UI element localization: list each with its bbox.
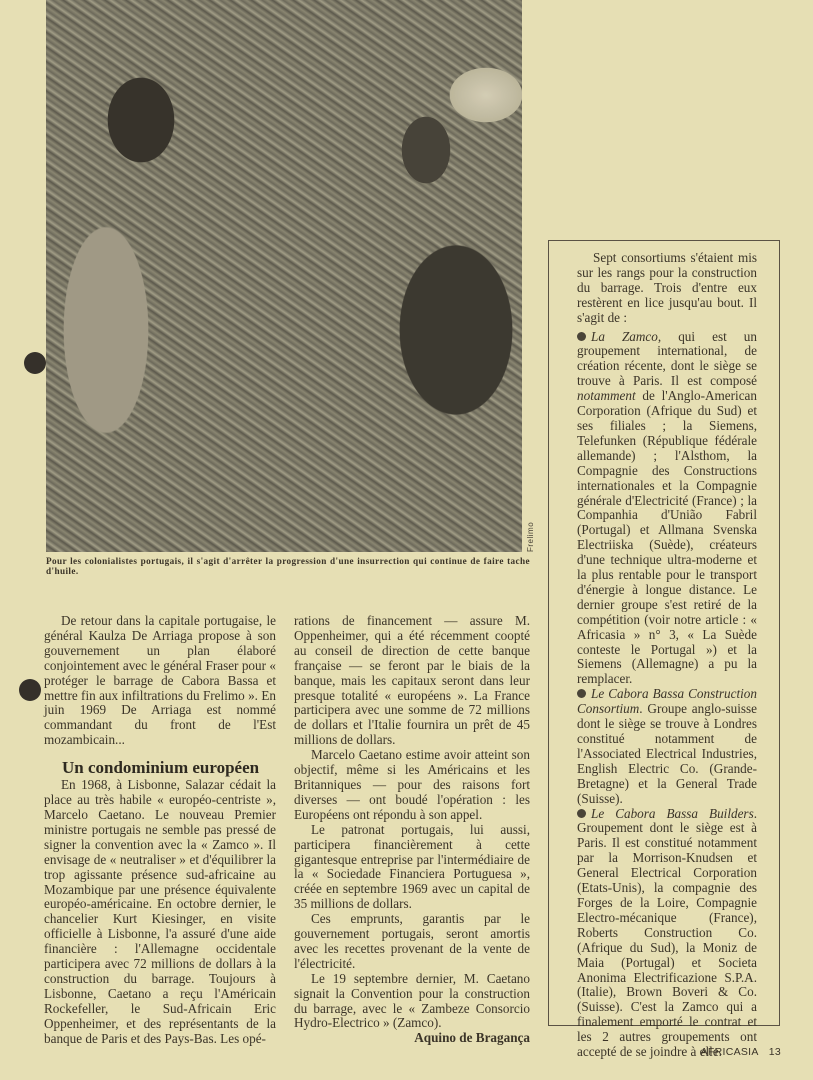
- photo-caption: Pour les colonialistes portugais, il s'a…: [46, 556, 530, 576]
- sidebar-intro: Sept consortiums s'étaient mis sur les r…: [577, 251, 757, 326]
- consortium-name: Le Cabora Bassa Builders: [591, 806, 754, 821]
- paragraph: Le patronat portugais, lui aussi, partic…: [294, 823, 530, 912]
- emphasis: notamment: [577, 388, 636, 403]
- paragraph: De retour dans la capitale portugaise, l…: [44, 614, 276, 748]
- section-heading: Un condominium européen: [62, 758, 276, 778]
- punch-hole-bottom: [19, 679, 41, 701]
- page-number: 13: [769, 1046, 781, 1058]
- paragraph: rations de financement — assure M. Oppen…: [294, 614, 530, 748]
- article-column-1: De retour dans la capitale portugaise, l…: [44, 614, 276, 1046]
- consortium-description: de l'Anglo-American Corporation (Afrique…: [577, 388, 757, 686]
- magazine-name: AFRICASIA: [701, 1046, 759, 1058]
- punch-hole-top: [24, 352, 46, 374]
- photo-credit: Frelimo: [526, 512, 540, 552]
- consortium-name: La Zamco: [591, 329, 658, 344]
- consortium-description: . Groupement dont le siège est à Paris. …: [577, 806, 757, 1060]
- bullet-icon: [577, 689, 586, 698]
- sidebar-item: Le Cabora Bassa Builders. Groupement don…: [577, 807, 757, 1060]
- article-column-2: rations de financement — assure M. Oppen…: [294, 614, 530, 1046]
- paragraph: Le 19 septembre dernier, M. Caetano sign…: [294, 972, 530, 1032]
- page-footer: AFRICASIA13: [701, 1046, 781, 1058]
- paragraph: Ces emprunts, garantis par le gouverneme…: [294, 912, 530, 972]
- bullet-icon: [577, 332, 586, 341]
- bullet-icon: [577, 809, 586, 818]
- consortiums-sidebar-box: Sept consortiums s'étaient mis sur les r…: [548, 240, 780, 1026]
- paragraph: Marcelo Caetano estime avoir atteint son…: [294, 748, 530, 823]
- author-signature: Aquino de Bragança: [294, 1031, 530, 1046]
- sidebar-item: Le Cabora Bassa Construction Consortium.…: [577, 687, 757, 806]
- article-photo: [46, 0, 522, 552]
- paragraph: En 1968, à Lisbonne, Salazar cédait la p…: [44, 778, 276, 1046]
- sidebar-item: La Zamco, qui est un groupement internat…: [577, 330, 757, 688]
- consortium-description: . Groupe anglo-suisse dont le siège se t…: [577, 701, 757, 805]
